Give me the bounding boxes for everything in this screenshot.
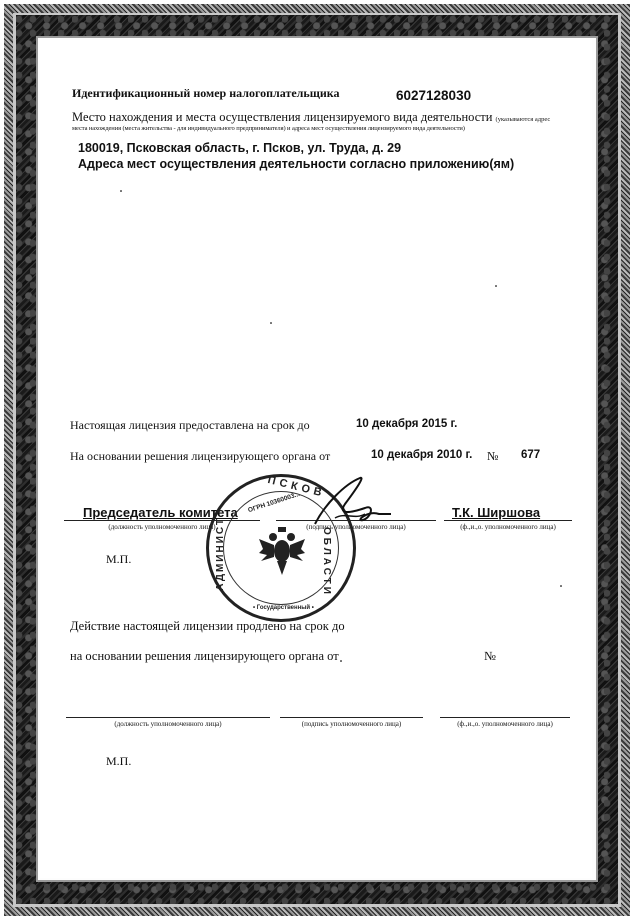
- signature-hint-2: (подпись уполномоченного лица): [280, 720, 423, 728]
- position-hint-2: (должность уполномоченного лица): [66, 720, 270, 728]
- location-label-note: (указываются адрес: [496, 116, 551, 123]
- scan-speck: [560, 585, 562, 587]
- extension-basis-label: на основании решения лицензирующего орга…: [70, 649, 339, 664]
- basis-number: 677: [521, 449, 540, 461]
- signatory-name: Т.К. Ширшова: [452, 505, 540, 520]
- location-label-note-line2: места нахождения (места жительства - для…: [72, 125, 465, 132]
- address-annex-line: Адреса мест осуществления деятельности с…: [78, 157, 514, 171]
- seal-inner-text: • Государственный •: [253, 605, 314, 611]
- address-line: 180019, Псковская область, г. Псков, ул.…: [78, 141, 401, 155]
- handwritten-signature: [305, 474, 395, 530]
- seal-outer-text-left: АДМИНИСТ: [215, 517, 226, 591]
- position-line-2: [66, 717, 270, 718]
- taxpayer-id-value: 6027128030: [396, 88, 471, 103]
- basis-number-sign: №: [487, 449, 498, 464]
- name-line: [444, 520, 572, 521]
- license-page: Идентификационный номер налогоплательщик…: [40, 40, 592, 878]
- basis-label: На основании решения лицензирующего орга…: [70, 449, 330, 464]
- extension-label: Действие настоящей лицензии продлено на …: [70, 619, 345, 634]
- term-label: Настоящая лицензия предоставлена на срок…: [70, 418, 310, 433]
- name-hint-2: (ф.,и.,о. уполномоченного лица): [440, 720, 570, 728]
- stamp-place-1: М.П.: [106, 552, 131, 567]
- basis-date: 10 декабря 2010 г.: [371, 449, 472, 461]
- extension-number-sign: №: [484, 649, 496, 664]
- taxpayer-id-label: Идентификационный номер налогоплательщик…: [72, 86, 340, 101]
- scan-speck: [495, 285, 497, 287]
- signature-line-2: [280, 717, 423, 718]
- term-value: 10 декабря 2015 г.: [356, 418, 457, 430]
- name-hint: (ф.,и.,о. уполномоченного лица): [444, 523, 572, 531]
- seal-ogrn: ОГРН 10360003...: [247, 491, 300, 514]
- scan-speck: [120, 190, 122, 192]
- seal-outer-text-right: ОБЛАСТИ: [321, 527, 332, 597]
- scan-speck: [340, 660, 342, 662]
- name-line-2: [440, 717, 570, 718]
- stamp-place-2: М.П.: [106, 754, 131, 769]
- location-label: Место нахождения и места осуществления л…: [72, 110, 550, 125]
- double-headed-eagle-icon: [257, 525, 307, 577]
- scan-speck: [270, 322, 272, 324]
